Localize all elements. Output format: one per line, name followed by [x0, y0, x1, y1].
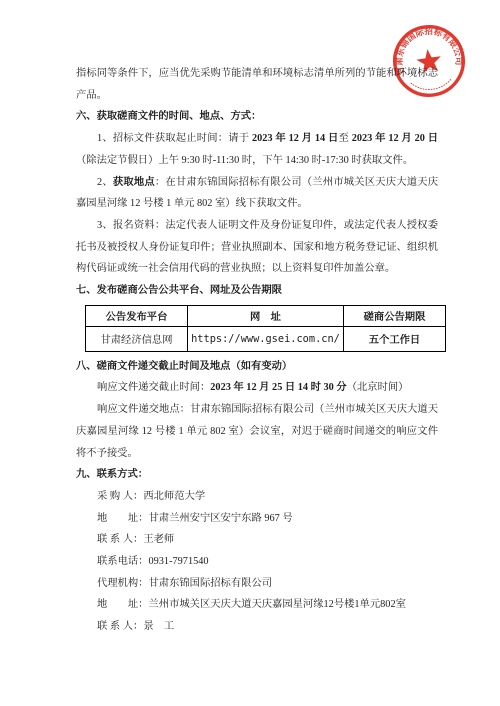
- contact-value: 兰州市城关区天庆大道天庆嘉园星河缘12号楼1单元802室: [148, 599, 405, 610]
- contact-label: 联系电话：: [97, 556, 148, 567]
- cell-period: 五个工作日: [344, 326, 446, 351]
- header-platform: 公告发布平台: [86, 305, 188, 326]
- contact-value: 甘肃东锦国际招标有限公司: [148, 578, 272, 589]
- contact-value: 甘肃兰州安宁区安宁东路 967 号: [148, 513, 292, 524]
- contact-value: 西北师范大学: [143, 491, 205, 502]
- contact-row-agency-person: 联 系 人：景 工: [76, 616, 438, 638]
- section-8-heading: 八、磋商文件递交截止时间及地点（如有变动）: [76, 356, 438, 378]
- contact-value: 0931-7971540: [148, 556, 208, 567]
- registration-materials-paragraph: 3、报名资料：法定代表人证明文件及身份证复印件，或法定代表人授权委托书及被授权人…: [76, 215, 438, 280]
- table-header-row: 公告发布平台 网 址 磋商公告期限: [86, 305, 446, 326]
- cell-url: https://www.gsei.com.cn/: [188, 326, 344, 351]
- contact-row-phone: 联系电话：0931-7971540: [76, 551, 438, 573]
- document-content: 指标同等条件下，应当优先采购节能清单和环境标志清单所列的节能和环境标志产品。 六…: [76, 63, 438, 638]
- contact-label: 联 系 人：: [97, 621, 143, 632]
- document-page: 甘肃东锦国际招标有限公司 ••••••••••••••••• 指标同等条件下，应…: [0, 0, 500, 706]
- contact-value: 景 工: [143, 621, 174, 632]
- intro-paragraph: 指标同等条件下，应当优先采购节能清单和环境标志清单所列的节能和环境标志产品。: [76, 63, 438, 106]
- submission-deadline-paragraph: 响应文件递交截止时间：2023 年 12 月 25 日 14 时 30 分（北京…: [76, 377, 438, 399]
- submission-location-paragraph: 响应文件递交地点：甘肃东锦国际招标有限公司（兰州市城关区天庆大道天庆嘉园星河缘 …: [76, 399, 438, 464]
- section-6-heading: 六、获取磋商文件的时间、地点、方式：: [76, 106, 438, 128]
- contact-row-purchaser: 采 购 人：西北师范大学: [76, 486, 438, 508]
- header-period: 磋商公告期限: [344, 305, 446, 326]
- contact-label: 采 购 人：: [97, 491, 143, 502]
- file-acquisition-time-paragraph: 1、招标文件获取起止时间：请于 2023 年 12 月 14 日至 2023 年…: [76, 128, 438, 171]
- contact-label: 地 址：: [97, 599, 148, 610]
- contact-row-purchaser-address: 地 址：甘肃兰州安宁区安宁东路 967 号: [76, 508, 438, 530]
- table-data-row: 甘肃经济信息网 https://www.gsei.com.cn/ 五个工作日: [86, 326, 446, 351]
- header-url: 网 址: [188, 305, 344, 326]
- contact-row-purchaser-person: 联 系 人：王老师: [76, 529, 438, 551]
- contact-label: 代理机构：: [97, 578, 148, 589]
- cell-platform: 甘肃经济信息网: [86, 326, 188, 351]
- section-7-heading: 七、发布磋商公告公共平台、网址及公告期限: [76, 280, 438, 302]
- acquisition-location-paragraph: 2、获取地点：在甘肃东锦国际招标有限公司（兰州市城关区天庆大道天庆嘉园星河缘 1…: [76, 172, 438, 215]
- contact-row-agency-address: 地 址：兰州市城关区天庆大道天庆嘉园星河缘12号楼1单元802室: [76, 594, 438, 616]
- section-9-heading: 九、联系方式：: [76, 464, 438, 486]
- contact-value: 王老师: [143, 534, 174, 545]
- contact-row-agency: 代理机构：甘肃东锦国际招标有限公司: [76, 573, 438, 595]
- contact-label: 地 址：: [97, 513, 148, 524]
- announcement-platform-table: 公告发布平台 网 址 磋商公告期限 甘肃经济信息网 https://www.gs…: [85, 305, 446, 352]
- contact-label: 联 系 人：: [97, 534, 143, 545]
